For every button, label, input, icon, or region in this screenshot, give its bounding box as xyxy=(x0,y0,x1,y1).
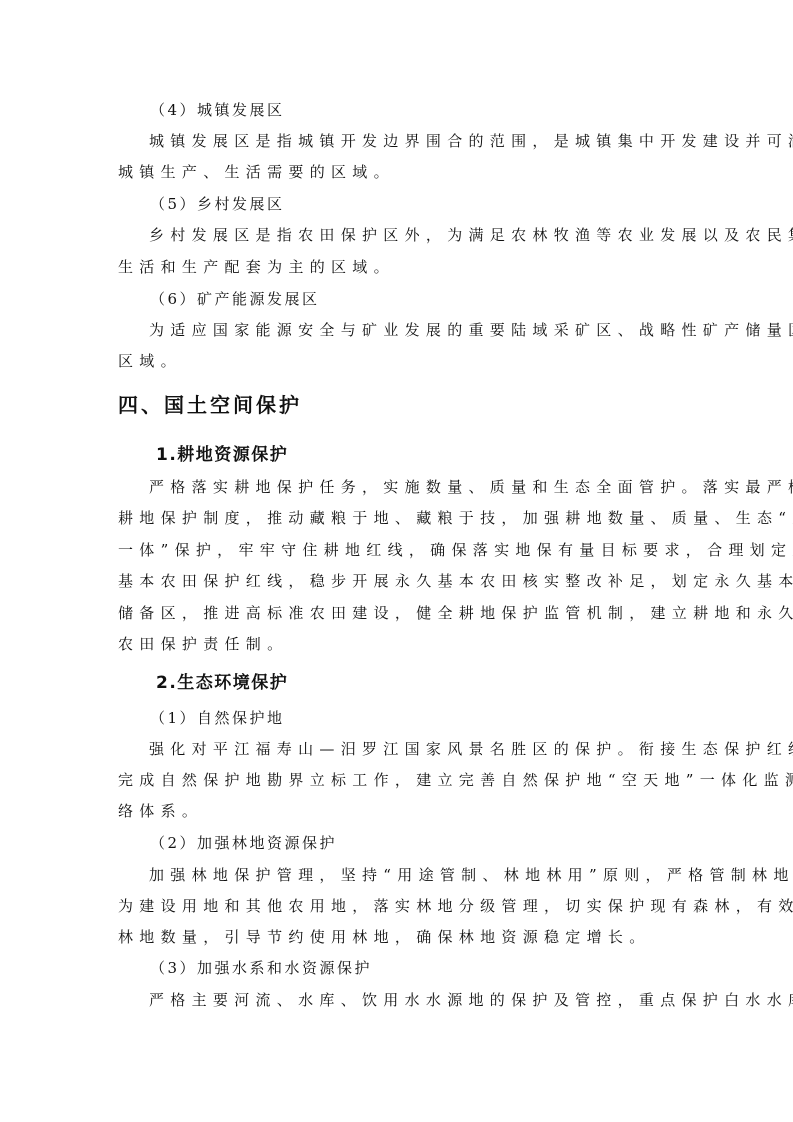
paragraph-line: 生活和生产配套为主的区域。 xyxy=(118,257,395,277)
paragraph-line: 严格落实耕地保护任务，实施数量、质量和生态全面管护。落实最严格的 xyxy=(149,477,793,497)
paragraph-line: 耕地保护制度，推动藏粮于地、藏粮于技，加强耕地数量、质量、生态“三位 xyxy=(118,508,793,528)
subheading-water-protection: （3）加强水系和水资源保护 xyxy=(150,958,372,978)
paragraph-line: 区域。 xyxy=(118,351,182,371)
section-heading-farmland-protection: 1.耕地资源保护 xyxy=(156,444,288,466)
subheading-urban-development-zone: （4）城镇发展区 xyxy=(150,100,285,120)
paragraph-line: 为建设用地和其他农用地，落实林地分级管理，切实保护现有森林，有效补充 xyxy=(118,896,793,916)
subheading-forest-protection: （2）加强林地资源保护 xyxy=(150,833,337,853)
paragraph-line: 乡村发展区是指农田保护区外，为满足农林牧渔等农业发展以及农民集中 xyxy=(149,225,793,245)
subheading-rural-development-zone: （5）乡村发展区 xyxy=(150,194,285,214)
paragraph-line: 农田保护责任制。 xyxy=(118,634,288,654)
paragraph-line: 完成自然保护地勘界立标工作，建立完善自然保护地“空天地”一体化监测网 xyxy=(118,770,793,790)
paragraph-line: 强化对平江福寿山—汨罗江国家风景名胜区的保护。衔接生态保护红线， xyxy=(149,739,793,759)
subheading-nature-reserves: （1）自然保护地 xyxy=(150,708,285,728)
section-heading-land-space-protection: 四、国土空间保护 xyxy=(118,393,302,417)
paragraph-line: 一体”保护，牢牢守住耕地红线，确保落实地保有量目标要求，合理划定永久 xyxy=(118,540,793,560)
paragraph-line: 储备区，推进高标准农田建设，健全耕地保护监管机制，建立耕地和永久基本 xyxy=(118,603,793,623)
paragraph-line: 络体系。 xyxy=(118,801,203,821)
paragraph-line: 为适应国家能源安全与矿业发展的重要陆域采矿区、战略性矿产储量区等 xyxy=(149,320,793,340)
paragraph-line: 加强林地保护管理，坚持“用途管制、林地林用”原则，严格管制林地转 xyxy=(149,865,793,885)
paragraph-line: 城镇发展区是指城镇开发边界围合的范围，是城镇集中开发建设并可满足 xyxy=(149,131,793,151)
subheading-mineral-energy-zone: （6）矿产能源发展区 xyxy=(150,289,320,309)
section-heading-ecological-protection: 2.生态环境保护 xyxy=(156,672,288,694)
paragraph-line: 城镇生产、生活需要的区域。 xyxy=(118,162,395,182)
paragraph-line: 基本农田保护红线，稳步开展永久基本农田核实整改补足，划定永久基本农田 xyxy=(118,571,793,591)
paragraph-line: 严格主要河流、水库、饮用水水源地的保护及管控，重点保护白水水库周 xyxy=(149,990,793,1010)
paragraph-line: 林地数量，引导节约使用林地，确保林地资源稳定增长。 xyxy=(118,927,651,947)
